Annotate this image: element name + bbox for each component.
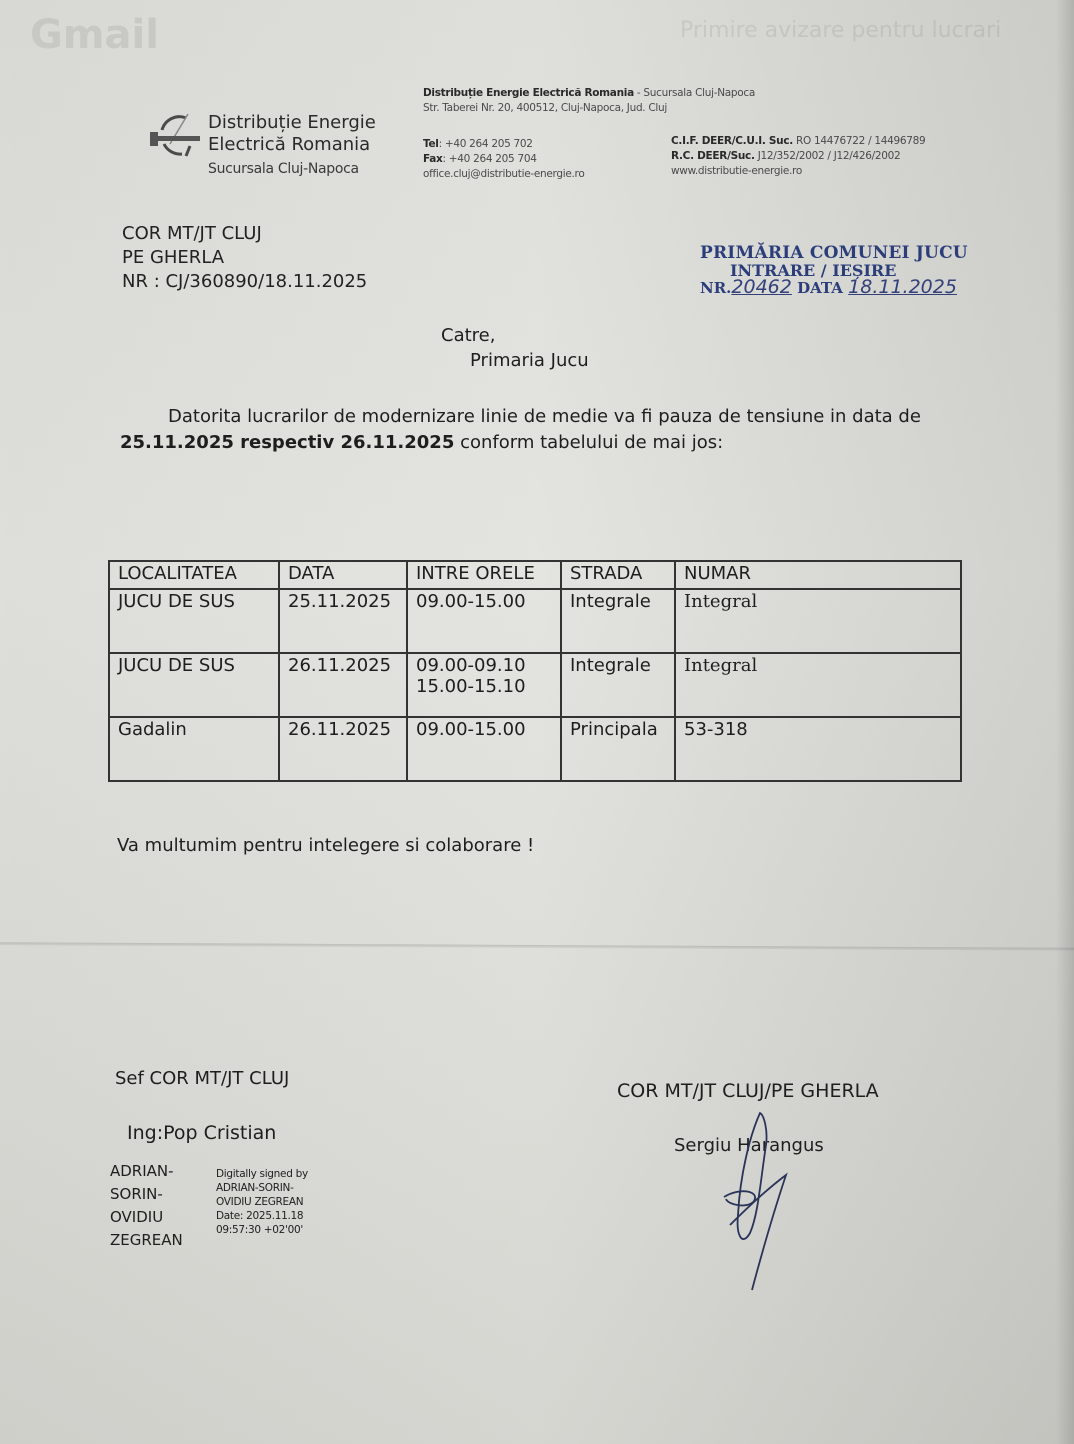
recipient: Primaria Jucu (470, 350, 589, 371)
left-signatory-title: Sef COR MT/JT CLUJ (115, 1068, 289, 1089)
company-address-block: Distribuție Energie Electrică Romania - … (423, 86, 755, 116)
body-paragraph: Datorita lucrarilor de modernizare linie… (120, 404, 960, 456)
registration-block: C.I.F. DEER/C.U.I. Suc. RO 14476722 / 14… (671, 134, 925, 179)
sender-block: COR MT/JT CLUJ PE GHERLA NR : CJ/360890/… (122, 222, 367, 294)
power-plug-icon (148, 108, 208, 163)
outage-dates: 25.11.2025 respectiv 26.11.2025 (120, 432, 454, 453)
background-ghost-title: Gmail (30, 12, 159, 58)
scanned-document-page: Gmail Primire avizare pentru lucrari Dis… (0, 0, 1074, 1444)
brand-branch: Sucursala Cluj-Napoca (208, 161, 359, 177)
digital-signature-name: ADRIAN- SORIN- OVIDIU ZEGREAN (110, 1160, 183, 1252)
email-text: office.cluj@distributie-energie.ro (423, 167, 584, 182)
background-ghost-subject: Primire avizare pentru lucrari (680, 18, 1001, 43)
registration-stamp: PRIMĂRIA COMUNEI JUCU INTRARE / IEȘIRE N… (700, 243, 968, 298)
closing-line: Va multumim pentru intelegere si colabor… (117, 835, 534, 856)
contact-block: Tel: +40 264 205 702 Fax: +40 264 205 70… (423, 137, 584, 182)
brand-name: Distribuție Energie Electrică Romania (208, 112, 376, 156)
left-signatory-name: Ing:Pop Cristian (127, 1122, 276, 1144)
right-signatory-title: COR MT/JT CLUJ/PE GHERLA (617, 1080, 879, 1102)
table-row: JUCU DE SUS 25.11.2025 09.00-15.00 Integ… (109, 589, 961, 653)
table-header-row: LOCALITATEA DATA INTRE ORELE STRADA NUMA… (109, 561, 961, 589)
table-row: JUCU DE SUS 26.11.2025 09.00-09.1015.00-… (109, 653, 961, 717)
salutation: Catre, (441, 325, 495, 346)
page-edge-shadow (1056, 0, 1074, 1444)
website-text: www.distributie-energie.ro (671, 164, 925, 179)
stamp-number: 20462 (731, 276, 791, 298)
outage-table: LOCALITATEA DATA INTRE ORELE STRADA NUMA… (108, 560, 962, 782)
paper-fold-line (0, 942, 1074, 951)
table-row: Gadalin 26.11.2025 09.00-15.00 Principal… (109, 717, 961, 781)
reference-number: NR : CJ/360890/18.11.2025 (122, 270, 367, 294)
stamp-date: 18.11.2025 (848, 276, 957, 298)
handwritten-signature-icon (720, 1105, 810, 1295)
digital-signature-info: Digitally signed by ADRIAN-SORIN- OVIDIU… (216, 1167, 308, 1237)
